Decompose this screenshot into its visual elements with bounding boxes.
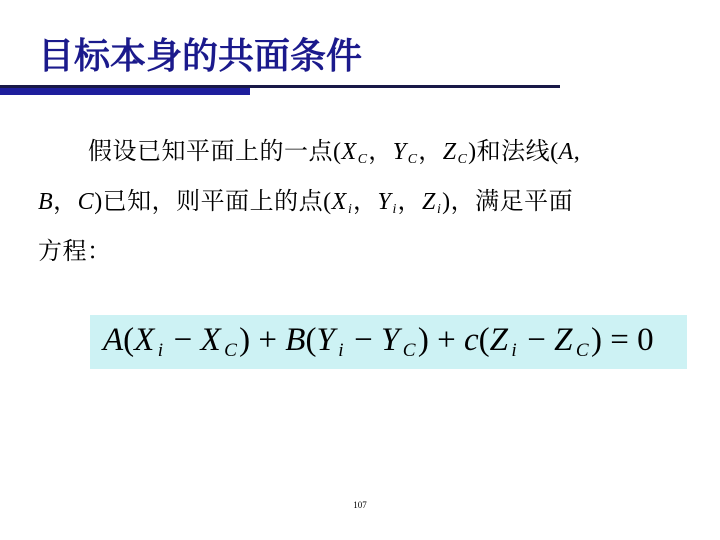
slide-title: 目标本身的共面条件	[38, 28, 362, 79]
body-line-1: 假设已知平面上的一点(XC，YC，ZC)和法线(A,	[38, 131, 698, 181]
page-number: 107	[0, 500, 720, 510]
formula-highlight-box: A(Xi − XC) + B(Yi − YC) + c(Zi − ZC) = 0	[90, 315, 687, 369]
body-line-2: B，C)已知，则平面上的点(Xi，Yi，Zi)，满足平面	[38, 181, 698, 231]
presentation-slide: 目标本身的共面条件 假设已知平面上的一点(XC，YC，ZC)和法线(A, B，C…	[0, 0, 720, 540]
body-text: 假设已知平面上的一点(XC，YC，ZC)和法线(A, B，C)已知，则平面上的点…	[38, 131, 698, 273]
title-underline-thick	[0, 88, 250, 95]
coplanarity-equation: A(Xi − XC) + B(Yi − YC) + c(Zi − ZC) = 0	[103, 322, 654, 361]
body-line-3: 方程：	[38, 231, 698, 273]
